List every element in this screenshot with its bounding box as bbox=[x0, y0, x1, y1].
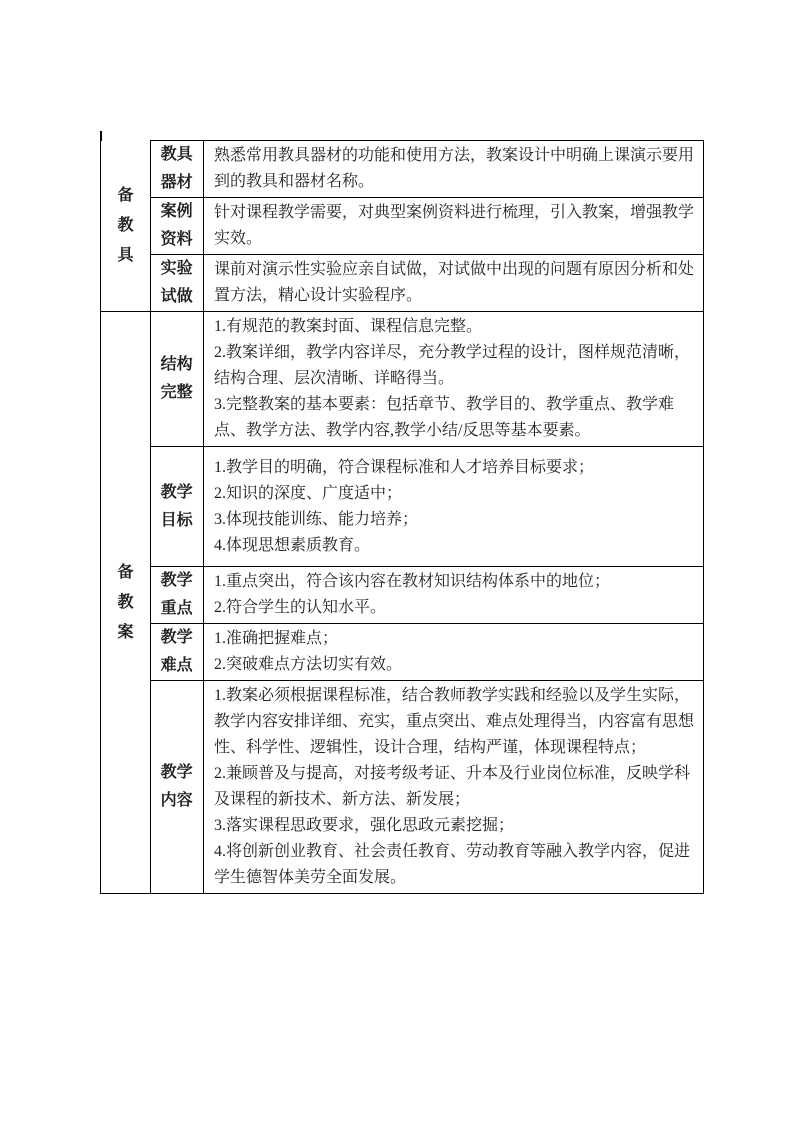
table-row: 教学目标 1.教学目的明确，符合课程标准和人才培养目标要求； 2.知识的深度、广… bbox=[101, 447, 704, 567]
criteria-cell: 1.准确把握难点； 2.突破难点方法切实有效。 bbox=[204, 624, 704, 681]
criteria-item: 针对课程教学需要，对典型案例资料进行梳理，引入教案，增强教学实效。 bbox=[214, 200, 695, 252]
row-label-cell: 教学重点 bbox=[151, 567, 204, 624]
row-label: 案例资料 bbox=[161, 198, 194, 254]
criteria-cell: 1.教案必须根据课程标准，结合教师教学实践和经验以及学生实际，教学内容安排详细、… bbox=[204, 681, 704, 894]
section-header-label: 备教案 bbox=[116, 558, 135, 648]
criteria-item: 2.突破难点方法切实有效。 bbox=[214, 652, 695, 678]
criteria-item: 1.重点突出，符合该内容在教材知识结构体系中的地位； bbox=[214, 569, 695, 595]
table-row: 备教案 结构完整 1.有规范的教案封面、课程信息完整。 2.教案详细，教学内容详… bbox=[101, 312, 704, 447]
row-label: 教具器材 bbox=[161, 141, 194, 197]
table-row: 教学内容 1.教案必须根据课程标准，结合教师教学实践和经验以及学生实际，教学内容… bbox=[101, 681, 704, 894]
criteria-item: 熟悉常用教具器材的功能和使用方法，教案设计中明确上课演示要用到的教具和器材名称。 bbox=[214, 143, 695, 195]
criteria-cell: 针对课程教学需要，对典型案例资料进行梳理，引入教案，增强教学实效。 bbox=[204, 198, 704, 255]
table-row: 教学重点 1.重点突出，符合该内容在教材知识结构体系中的地位； 2.符合学生的认… bbox=[101, 567, 704, 624]
criteria-item: 2.知识的深度、广度适中； bbox=[214, 481, 695, 507]
section-header-label: 备教具 bbox=[116, 181, 135, 271]
criteria-item: 3.落实课程思政要求，强化思政元素挖掘； bbox=[214, 813, 695, 839]
row-label: 结构完整 bbox=[161, 351, 194, 407]
row-label-cell: 教学难点 bbox=[151, 624, 204, 681]
document-page: 备教具 教具器材 熟悉常用教具器材的功能和使用方法，教案设计中明确上课演示要用到… bbox=[0, 0, 794, 1122]
row-label: 教学内容 bbox=[161, 759, 194, 815]
row-label: 教学难点 bbox=[161, 624, 194, 680]
criteria-cell: 熟悉常用教具器材的功能和使用方法，教案设计中明确上课演示要用到的教具和器材名称。 bbox=[204, 141, 704, 198]
table-row: 教学难点 1.准确把握难点； 2.突破难点方法切实有效。 bbox=[101, 624, 704, 681]
row-label: 教学目标 bbox=[161, 479, 194, 535]
criteria-cell: 1.重点突出，符合该内容在教材知识结构体系中的地位； 2.符合学生的认知水平。 bbox=[204, 567, 704, 624]
criteria-item: 2.兼顾普及与提高，对接考级考证、升本及行业岗位标准，反映学科及课程的新技术、新… bbox=[214, 761, 695, 813]
criteria-item: 1.教案必须根据课程标准，结合教师教学实践和经验以及学生实际，教学内容安排详细、… bbox=[214, 683, 695, 761]
criteria-cell: 1.教学目的明确，符合课程标准和人才培养目标要求； 2.知识的深度、广度适中； … bbox=[204, 447, 704, 567]
criteria-item: 1.准确把握难点； bbox=[214, 626, 695, 652]
criteria-item: 3.体现技能训练、能力培养； bbox=[214, 507, 695, 533]
row-label-cell: 教学内容 bbox=[151, 681, 204, 894]
row-label-cell: 教具器材 bbox=[151, 141, 204, 198]
criteria-item: 2.符合学生的认知水平。 bbox=[214, 595, 695, 621]
criteria-item: 3.完整教案的基本要素：包括章节、教学目的、教学重点、教学难点、教学方法、教学内… bbox=[214, 392, 695, 444]
row-label-cell: 案例资料 bbox=[151, 198, 204, 255]
section-header-cell: 备教案 bbox=[101, 312, 151, 894]
criteria-cell: 1.有规范的教案封面、课程信息完整。 2.教案详细，教学内容详尽，充分教学过程的… bbox=[204, 312, 704, 447]
criteria-item: 4.将创新创业教育、社会责任教育、劳动教育等融入教学内容，促进学生德智体美劳全面… bbox=[214, 839, 695, 891]
criteria-item: 1.有规范的教案封面、课程信息完整。 bbox=[214, 314, 695, 340]
row-label: 实验试做 bbox=[161, 255, 194, 311]
criteria-item: 4.体现思想素质教育。 bbox=[214, 533, 695, 559]
criteria-item: 1.教学目的明确，符合课程标准和人才培养目标要求； bbox=[214, 455, 695, 481]
row-label: 教学重点 bbox=[161, 567, 194, 623]
table-row: 实验试做 课前对演示性实验应亲自试做，对试做中出现的问题有原因分析和处置方法，精… bbox=[101, 255, 704, 312]
criteria-item: 课前对演示性实验应亲自试做，对试做中出现的问题有原因分析和处置方法，精心设计实验… bbox=[214, 257, 695, 309]
lesson-prep-criteria-table: 备教具 教具器材 熟悉常用教具器材的功能和使用方法，教案设计中明确上课演示要用到… bbox=[100, 140, 704, 894]
table-row: 案例资料 针对课程教学需要，对典型案例资料进行梳理，引入教案，增强教学实效。 bbox=[101, 198, 704, 255]
row-label-cell: 教学目标 bbox=[151, 447, 204, 567]
criteria-cell: 课前对演示性实验应亲自试做，对试做中出现的问题有原因分析和处置方法，精心设计实验… bbox=[204, 255, 704, 312]
criteria-item: 2.教案详细，教学内容详尽，充分教学过程的设计，图样规范清晰，结构合理、层次清晰… bbox=[214, 340, 695, 392]
section-header-cell: 备教具 bbox=[101, 141, 151, 312]
row-label-cell: 实验试做 bbox=[151, 255, 204, 312]
row-label-cell: 结构完整 bbox=[151, 312, 204, 447]
table-row: 备教具 教具器材 熟悉常用教具器材的功能和使用方法，教案设计中明确上课演示要用到… bbox=[101, 141, 704, 198]
